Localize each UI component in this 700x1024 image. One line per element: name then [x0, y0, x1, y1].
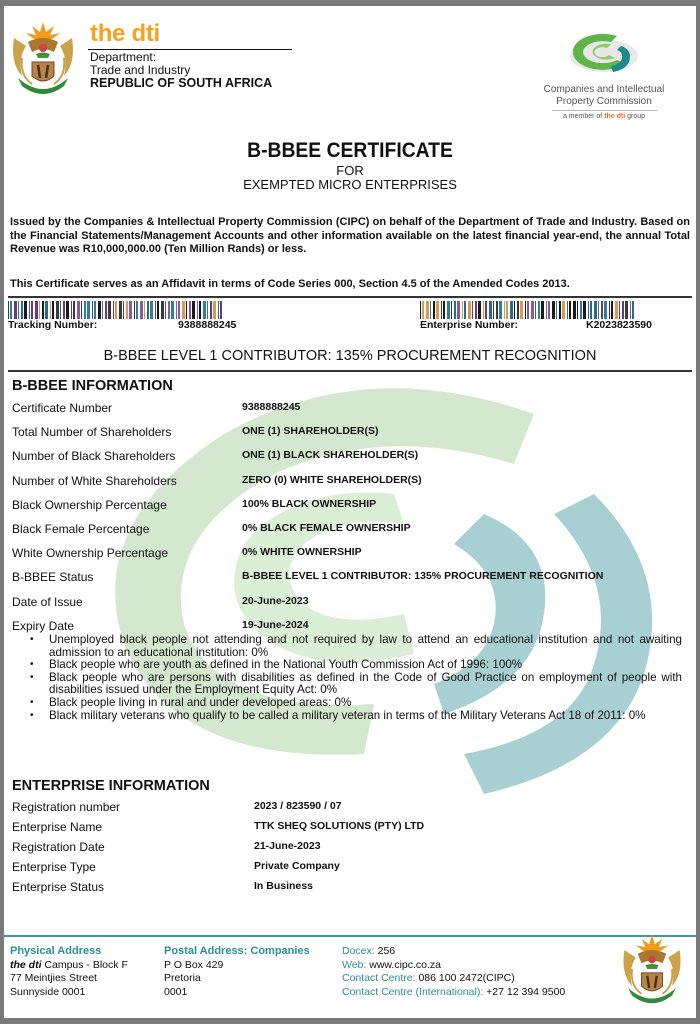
list-item: Black people living in rural and under d… [14, 697, 682, 710]
dti-italic: the dti [10, 959, 42, 971]
bbbee-info-row: Black Ownership Percentage100% BLACK OWN… [12, 498, 692, 518]
cipc-name: Companies and Intellectual Property Comm… [529, 84, 679, 108]
member-suffix: group [625, 113, 645, 120]
field-value: 19-June-2024 [242, 619, 309, 631]
bbbee-info-row: Total Number of ShareholdersONE (1) SHAR… [12, 425, 692, 445]
contact-centre-label: Contact Centre: [342, 972, 418, 984]
physical-address: Physical Address the dti Campus - Block … [10, 945, 128, 999]
contact-details: Docex: 256 Web: www.cipc.co.za Contact C… [342, 945, 565, 999]
enterprise-info-row: Registration Date21-June-2023 [12, 840, 692, 860]
cipc-name-line2: Property Commission [529, 96, 679, 108]
website-link[interactable]: www.cipc.co.za [369, 959, 441, 971]
section-divider [8, 296, 692, 298]
bbbee-info-heading: B-BBEE INFORMATION [12, 378, 173, 394]
bbbee-info-row: Black Female Percentage0% BLACK FEMALE O… [12, 522, 692, 542]
cipc-logo-icon [559, 22, 649, 82]
postal-address-line2: Pretoria [164, 972, 310, 986]
docex-label: Docex: [342, 945, 378, 957]
field-value: ONE (1) SHAREHOLDER(S) [242, 425, 379, 437]
certificate-subtitle: EXEMPTED MICRO ENTERPRISES [4, 177, 696, 192]
member-dti: the dti [604, 113, 625, 120]
country-name: REPUBLIC OF SOUTH AFRICA [90, 77, 272, 90]
cipc-member-tagline: a member of the dti group [529, 113, 679, 120]
tracking-number-label: Tracking Number: [8, 319, 97, 331]
field-label: Number of White Shareholders [12, 474, 177, 488]
level-banner: B-BBEE LEVEL 1 CONTRIBUTOR: 135% PROCURE… [4, 348, 696, 364]
cipc-divider [552, 110, 657, 111]
tracking-number-value: 9388888245 [178, 319, 236, 331]
postal-address-line3: 0001 [164, 986, 310, 1000]
field-label: Enterprise Name [12, 820, 102, 834]
field-value: ZERO (0) WHITE SHAREHOLDER(S) [242, 474, 422, 486]
department-name: Department: Trade and Industry REPUBLIC … [90, 51, 272, 90]
affidavit-statement: This Certificate serves as an Affidavit … [10, 278, 690, 290]
field-value: 100% BLACK OWNERSHIP [242, 498, 376, 510]
docex-value: 256 [378, 945, 396, 957]
website: Web: www.cipc.co.za [342, 959, 565, 973]
physical-address-line1: the dti Campus - Block F [10, 959, 128, 973]
bbbee-info-row: White Ownership Percentage0% WHITE OWNER… [12, 546, 692, 566]
contact-centre-intl-label: Contact Centre (International): [342, 986, 486, 998]
field-label: Enterprise Status [12, 880, 104, 894]
member-prefix: a member of [563, 113, 604, 120]
contact-centre-intl-number: +27 12 394 9500 [486, 986, 565, 998]
bbbee-info-row: Number of Black ShareholdersONE (1) BLAC… [12, 449, 692, 469]
designated-groups-list: Unemployed black people not attending an… [14, 634, 682, 722]
physical-address-line3: Sunnyside 0001 [10, 986, 128, 1000]
field-value: ONE (1) BLACK SHAREHOLDER(S) [242, 449, 418, 461]
field-label: Enterprise Type [12, 860, 96, 874]
contact-centre-international: Contact Centre (International): +27 12 3… [342, 986, 565, 1000]
docex: Docex: 256 [342, 945, 565, 959]
coat-of-arms-icon [8, 18, 78, 100]
physical-address-line2: 77 Meintjies Street [10, 972, 128, 986]
field-value: In Business [254, 880, 313, 892]
list-item: Unemployed black people not attending an… [14, 634, 682, 659]
web-label: Web: [342, 959, 369, 971]
field-label: Black Ownership Percentage [12, 498, 167, 512]
field-value: TTK SHEQ SOLUTIONS (PTY) LTD [254, 820, 424, 832]
field-value: Private Company [254, 860, 340, 872]
field-label: Total Number of Shareholders [12, 425, 171, 439]
coat-of-arms-icon [618, 931, 686, 1009]
field-value: 2023 / 823590 / 07 [254, 800, 342, 812]
enterprise-number-label: Enterprise Number: [420, 319, 518, 331]
tracking-barcode [8, 301, 252, 319]
field-value: 9388888245 [242, 401, 300, 413]
postal-address: Postal Address: Companies P O Box 429 Pr… [164, 945, 310, 999]
cipc-name-line1: Companies and Intellectual [529, 84, 679, 96]
list-item: Black people who are persons with disabi… [14, 672, 682, 697]
bbbee-info-row: Certificate Number9388888245 [12, 401, 692, 421]
enterprise-info-heading: ENTERPRISE INFORMATION [12, 778, 210, 794]
dti-brand-text: the dti [90, 20, 160, 47]
tracking-barcode-block: Tracking Number: 9388888245 [8, 301, 252, 332]
postal-address-heading: Postal Address: Companies [164, 945, 310, 959]
enterprise-info-row: Enterprise StatusIn Business [12, 880, 692, 900]
enterprise-barcode-block: Enterprise Number: K2023823590 [420, 301, 680, 332]
issuance-statement: Issued by the Companies & Intellectual P… [10, 216, 690, 257]
contact-centre: Contact Centre: 086 100 2472(CIPC) [342, 972, 565, 986]
physical-address-heading: Physical Address [10, 945, 128, 959]
certificate-title: B-BBEE CERTIFICATE [32, 139, 669, 163]
certificate-page: the dti Department: Trade and Industry R… [4, 6, 696, 1018]
enterprise-barcode [420, 301, 680, 319]
field-label: Date of Issue [12, 595, 83, 609]
campus-text: Campus - Block F [42, 959, 128, 971]
field-label: Black Female Percentage [12, 522, 149, 536]
list-item: Black military veterans who qualify to b… [14, 710, 682, 723]
footer-divider [4, 935, 696, 937]
field-label: Registration number [12, 800, 120, 814]
section-divider [8, 370, 692, 372]
field-value: 0% BLACK FEMALE OWNERSHIP [242, 522, 411, 534]
field-label: Number of Black Shareholders [12, 449, 175, 463]
dti-brand: the dti [90, 20, 160, 48]
enterprise-info-row: Enterprise NameTTK SHEQ SOLUTIONS (PTY) … [12, 820, 692, 840]
field-value: 20-June-2023 [242, 595, 309, 607]
field-value: B-BBEE LEVEL 1 CONTRIBUTOR: 135% PROCURE… [242, 570, 603, 582]
bbbee-info-row: Date of Issue20-June-2023 [12, 595, 692, 615]
list-item: Black people who are youth as defined in… [14, 659, 682, 672]
postal-address-line1: P O Box 429 [164, 959, 310, 973]
certificate-subtitle-for: FOR [4, 163, 696, 178]
field-label: Registration Date [12, 840, 105, 854]
field-label: Expiry Date [12, 619, 74, 633]
enterprise-info-row: Registration number2023 / 823590 / 07 [12, 800, 692, 820]
field-value: 0% WHITE OWNERSHIP [242, 546, 362, 558]
field-value: 21-June-2023 [254, 840, 321, 852]
field-label: White Ownership Percentage [12, 546, 168, 560]
bbbee-info-row: Number of White ShareholdersZERO (0) WHI… [12, 474, 692, 494]
enterprise-info-row: Enterprise TypePrivate Company [12, 860, 692, 880]
contact-centre-number: 086 100 2472(CIPC) [418, 972, 514, 984]
bbbee-info-row: B-BBEE StatusB-BBEE LEVEL 1 CONTRIBUTOR:… [12, 570, 692, 590]
enterprise-number-value: K2023823590 [586, 319, 652, 331]
field-label: Certificate Number [12, 401, 112, 415]
field-label: B-BBEE Status [12, 570, 93, 584]
